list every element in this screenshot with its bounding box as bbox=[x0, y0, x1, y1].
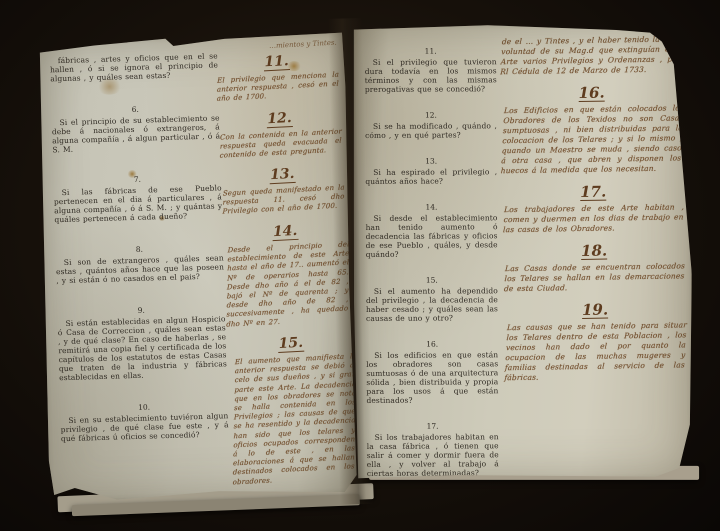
question-text: Si en su establecimiento tuviéron algun … bbox=[60, 411, 229, 443]
question-text: Si desde el establecimiento han tenido a… bbox=[365, 213, 497, 259]
printed-question: 12. Si se ha modificado , quándo , cómo … bbox=[365, 110, 497, 140]
manuscript-text: Desde el principio del establecimiento d… bbox=[226, 240, 349, 329]
question-number: 13. bbox=[365, 156, 497, 166]
question-number: 12. bbox=[365, 110, 497, 120]
manuscript-text: Las Casas donde se encuentran colocados … bbox=[504, 261, 686, 294]
printed-question: 10. Si en su establecimiento tuviéron al… bbox=[60, 400, 229, 443]
printed-question: 6. Si el principio de su establecimiento… bbox=[51, 102, 220, 154]
question-text: Si son de extrangeros , quáles sean esta… bbox=[56, 253, 225, 285]
booklet: fábricas , artes y oficios que en el se … bbox=[28, 10, 702, 524]
right-page: 11. Si el privilegio que tuvieron dura t… bbox=[352, 23, 692, 481]
question-number: 11. bbox=[365, 46, 497, 56]
manuscript-section-number: 13. bbox=[269, 167, 296, 184]
page-number: 2 bbox=[367, 494, 499, 504]
left-manuscript-column: …mientos y Tintes. 11. El privilegio que… bbox=[215, 39, 360, 497]
manuscript-section: 12. Con la contenida en la anterior resp… bbox=[218, 108, 342, 161]
manuscript-section: 13. Segun queda manifestado en la respue… bbox=[221, 165, 345, 218]
manuscript-text: Los trabajadores de este Arte habitan , … bbox=[503, 202, 685, 235]
manuscript-text: El privilegio que menciona la anterior r… bbox=[217, 71, 339, 105]
left-printed-column: fábricas , artes y oficios que en el se … bbox=[50, 51, 230, 466]
printed-question: 9. Si están establecidas en algun Hospic… bbox=[57, 303, 227, 382]
manuscript-section-number: 16. bbox=[578, 86, 604, 102]
printed-question: 7. Si las fábricas de ese Pueblo pertene… bbox=[53, 172, 222, 224]
manuscript-section: 11. El privilegio que menciona la anteri… bbox=[215, 52, 339, 105]
manuscript-section-number: 17. bbox=[580, 185, 606, 201]
right-manuscript-column: de el … y Tintes , y el haber tenido la … bbox=[501, 34, 687, 393]
question-text: Si están establecidas en algun Hospicio … bbox=[57, 314, 227, 382]
manuscript-section: 19. Las causas que se han tenido para si… bbox=[505, 301, 686, 383]
manuscript-section-number: 19. bbox=[582, 303, 608, 319]
question-text: Si los edificios en que están los obrado… bbox=[366, 350, 498, 405]
printed-question: 13. Si ha espirado el privilegio , quánt… bbox=[365, 156, 497, 186]
manuscript-text: Con la contenida en la anterior respuest… bbox=[220, 127, 342, 161]
manuscript-section-number: 15. bbox=[277, 335, 304, 352]
question-text: Si el privilegio que tuvieron dura todav… bbox=[365, 57, 497, 94]
question-text: Si se ha modificado , quándo , cómo , y … bbox=[365, 121, 497, 140]
printed-question-list: 6. Si el principio de su establecimiento… bbox=[51, 102, 229, 443]
manuscript-section: 15. El aumento que manifiesta la anterio… bbox=[230, 333, 359, 487]
question-number: 15. bbox=[366, 275, 498, 285]
printed-question: 11. Si el privilegio que tuvieron dura t… bbox=[365, 46, 497, 94]
manuscript-section-number: 18. bbox=[581, 244, 607, 260]
manuscript-section-list: 16. Los Edificios en que están colocados… bbox=[501, 84, 686, 383]
printed-question: 16. Si los edificios en que están los ob… bbox=[366, 339, 498, 405]
question-number: 16. bbox=[366, 339, 498, 349]
manuscript-section: 18. Las Casas donde se encuentran coloca… bbox=[504, 242, 685, 294]
right-printed-column: 11. Si el privilegio que tuvieron dura t… bbox=[365, 46, 499, 504]
question-text: Si ha espirado el privilegio , quántos a… bbox=[365, 167, 497, 186]
question-text: Si los trabajadores habitan en la casa f… bbox=[367, 432, 499, 478]
manuscript-continuation: de el … y Tintes , y el haber tenido la … bbox=[500, 34, 682, 77]
manuscript-section: 16. Los Edificios en que están colocados… bbox=[501, 84, 682, 176]
left-page: fábricas , artes y oficios que en el se … bbox=[35, 32, 359, 503]
manuscript-text: Segun queda manifestado en la respuesta … bbox=[222, 184, 344, 218]
printed-question: 15. Si el aumento ha dependido del privi… bbox=[366, 275, 498, 323]
printed-question-list: 11. Si el privilegio que tuvieron dura t… bbox=[365, 46, 499, 478]
manuscript-section-list: 11. El privilegio que menciona la anteri… bbox=[215, 52, 359, 487]
manuscript-section: 17. Los trabajadores de este Arte habita… bbox=[503, 183, 684, 235]
manuscript-section-number: 12. bbox=[266, 111, 293, 128]
manuscript-section-number: 14. bbox=[272, 224, 299, 241]
printed-question: 17. Si los trabajadores habitan en la ca… bbox=[367, 421, 499, 478]
manuscript-text: Las causas que se han tenido para situar… bbox=[504, 320, 687, 383]
printed-question: 14. Si desde el establecimiento han teni… bbox=[365, 202, 497, 259]
manuscript-section-number: 11. bbox=[263, 54, 290, 71]
manuscript-section: 14. Desde el principio del establecimien… bbox=[224, 221, 351, 329]
photo-backdrop: fábricas , artes y oficios que en el se … bbox=[0, 0, 720, 531]
question-number: 14. bbox=[365, 202, 497, 212]
question-number: 17. bbox=[367, 421, 499, 431]
question-text: Si el principio de su establecimiento se… bbox=[51, 113, 220, 154]
manuscript-text: El aumento que manifiesta la anterior re… bbox=[233, 352, 357, 487]
printed-question: 8. Si son de extrangeros , quáles sean e… bbox=[55, 242, 224, 285]
question-text: Si el aumento ha dependido del privilegi… bbox=[366, 286, 498, 323]
printed-continuation-text: fábricas , artes y oficios que en el se … bbox=[50, 51, 219, 83]
manuscript-text: Los Edificios en que están colocados los… bbox=[500, 103, 684, 176]
question-text: Si las fábricas de ese Pueblo pertenecen… bbox=[54, 183, 223, 224]
